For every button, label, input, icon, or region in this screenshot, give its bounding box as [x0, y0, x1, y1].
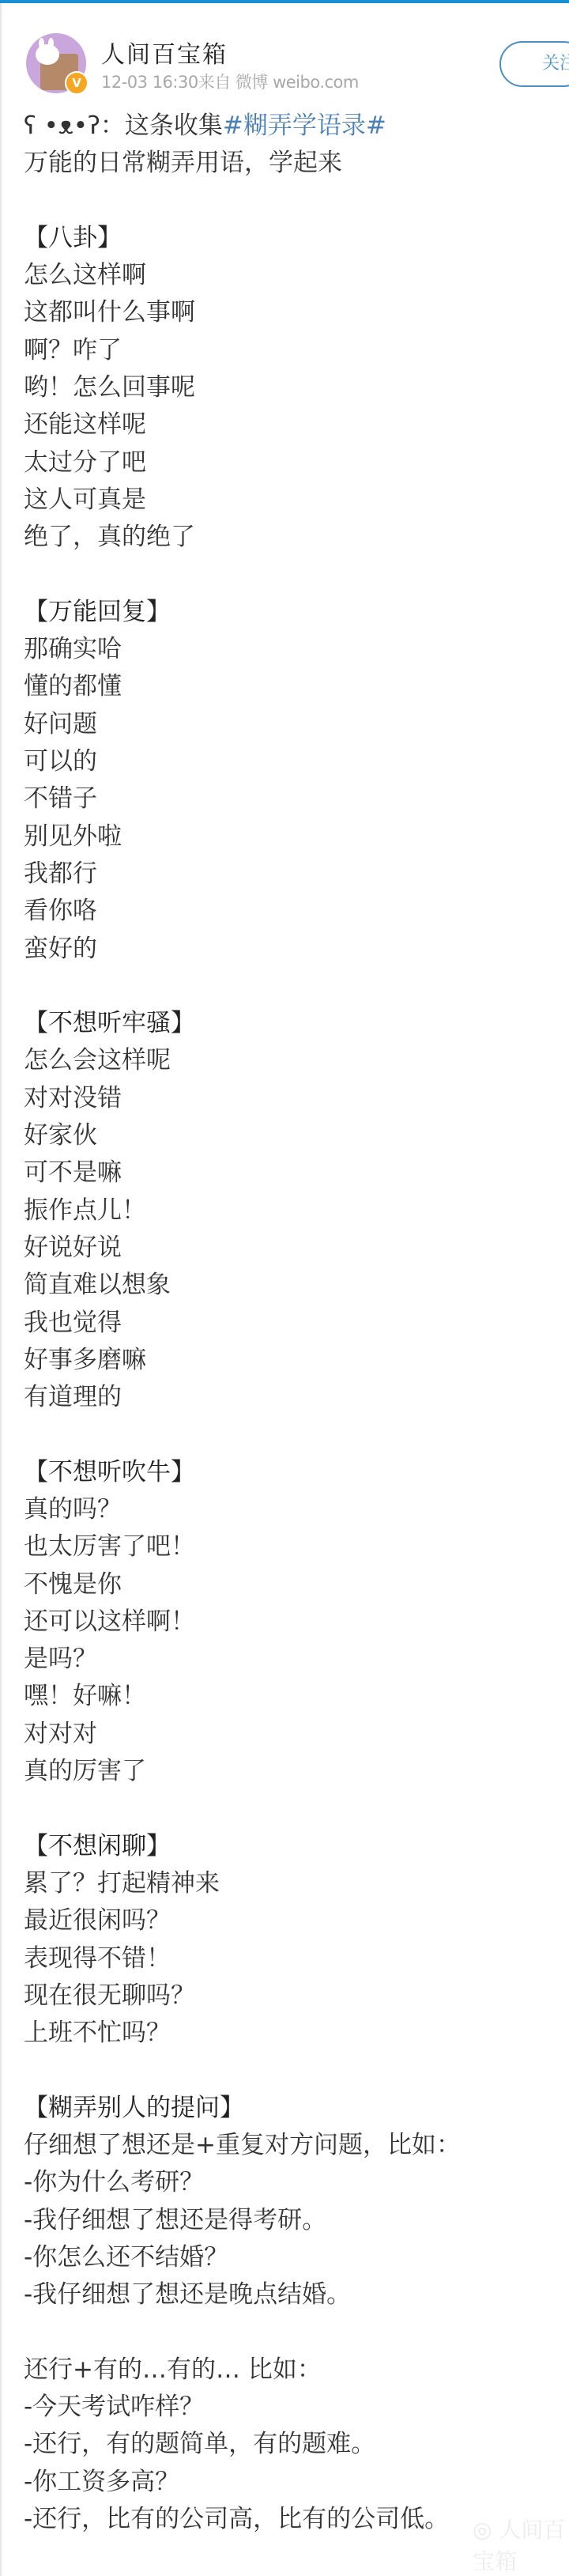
verified-badge-icon: V [65, 71, 89, 95]
section-title: 【不想闲聊】 [24, 1828, 561, 1865]
phrase: 蛮好的 [24, 931, 561, 968]
phrase: 绝了，真的绝了 [24, 519, 561, 556]
phrase: -今天考试咋样？ [24, 2389, 561, 2426]
section-no-small-talk: 【不想闲聊】 累了？打起精神来 最近很闲吗？ 表现得不错！ 现在很无聊吗？ 上班… [24, 1828, 561, 2053]
section-no-bragging: 【不想听吹牛】 真的吗？ 也太厉害了吧！ 不愧是你 还可以这样啊！ 是吗？ 嘿！… [24, 1454, 561, 1791]
phrase: 好问题 [24, 706, 561, 743]
left-border [0, 3, 2, 2576]
blank-line [24, 1790, 561, 1827]
post-meta: 12-03 16:30来自 微博 weibo.com [101, 70, 359, 93]
phrase: 仔细想了想还是+重复对方问题，比如： [24, 2127, 561, 2164]
section-title: 【糊弄别人的提问】 [24, 2090, 561, 2127]
phrase: 这都叫什么事啊 [24, 294, 561, 331]
blank-line [24, 1416, 561, 1453]
phrase: 还能这样呢 [24, 406, 561, 444]
phrase: -我仔细想了想还是晚点结婚。 [24, 2276, 561, 2313]
blank-line [24, 183, 561, 220]
avatar-bunny-illustration [36, 44, 59, 65]
blank-line [24, 2052, 561, 2089]
hashtag-link[interactable]: #糊弄学语录# [223, 111, 386, 140]
phrase: 表现得不错！ [24, 1940, 561, 1977]
post-header: V 人间百宝箱 12-03 16:30来自 微博 weibo.com 关注 [0, 3, 569, 98]
watermark: ◎ 人间百宝箱 [473, 2513, 569, 2576]
section-title: 【八卦】 [24, 220, 561, 257]
phrase: -我仔细想了想还是得考研。 [24, 2202, 561, 2239]
phrase: 好说好说 [24, 1229, 561, 1267]
section-title: 【不想听牢骚】 [24, 1005, 561, 1042]
phrase: 好家伙 [24, 1117, 561, 1154]
phrase: 最近很闲吗？ [24, 1902, 561, 1940]
phrase: 懂的都懂 [24, 668, 561, 705]
phrase: -你怎么还不结婚？ [24, 2239, 561, 2276]
phrase: 真的厉害了 [24, 1753, 561, 1790]
phrase: 太过分了吧 [24, 444, 561, 482]
section-gossip: 【八卦】 怎么这样啊 这都叫什么事啊 啊？咋了 哟！怎么回事呢 还能这样呢 太过… [24, 220, 561, 557]
phrase: 现在很无聊吗？ [24, 1977, 561, 2015]
phrase: 别见外啦 [24, 818, 561, 856]
blank-line [24, 2314, 561, 2351]
phrase: 是吗？ [24, 1641, 561, 1678]
phrase: 怎么这样啊 [24, 257, 561, 294]
phrase: -还行，有的题简单，有的题难。 [24, 2426, 561, 2463]
phrase: 不错子 [24, 780, 561, 818]
follow-button[interactable]: 关注 [499, 41, 569, 87]
phrase: 振作点儿！ [24, 1192, 561, 1229]
phrase: -你为什么考研？ [24, 2164, 561, 2201]
phrase: 看你咯 [24, 893, 561, 930]
post-intro: ʕ •ᴥ•ʔ：这条收集#糊弄学语录# [24, 108, 561, 145]
section-title: 【万能回复】 [24, 594, 561, 631]
phrase: 也太厉害了吧！ [24, 1528, 561, 1566]
post-source: 来自 微博 weibo.com [198, 73, 359, 92]
phrase: 啊？咋了 [24, 332, 561, 369]
blank-line [24, 968, 561, 1005]
username[interactable]: 人间百宝箱 [101, 35, 228, 70]
phrase: 我都行 [24, 856, 561, 893]
phrase: 不愧是你 [24, 1566, 561, 1603]
phrase: 可不是嘛 [24, 1154, 561, 1192]
phrase: 对对没错 [24, 1080, 561, 1117]
phrase: 可以的 [24, 743, 561, 780]
phrase: 哟！怎么回事呢 [24, 369, 561, 406]
timestamp: 12-03 16:30 [101, 73, 198, 92]
phrase: -你工资多高？ [24, 2464, 561, 2501]
phrase: 这人可真是 [24, 482, 561, 519]
section-dodge-questions: 【糊弄别人的提问】 仔细想了想还是+重复对方问题，比如： -你为什么考研？ -我… [24, 2090, 561, 2314]
intro-text: ʕ •ᴥ•ʔ：这条收集 [24, 111, 223, 140]
phrase: 还行+有的…有的… 比如： [24, 2351, 561, 2389]
post-subtitle: 万能的日常糊弄用语，学起来 [24, 145, 561, 182]
section-title: 【不想听吹牛】 [24, 1454, 561, 1491]
phrase: 嘿！好嘛！ [24, 1678, 561, 1715]
blank-line [24, 557, 561, 594]
phrase: 那确实哈 [24, 631, 561, 668]
phrase: 好事多磨嘛 [24, 1342, 561, 1379]
section-it-is-okay: 还行+有的…有的… 比如： -今天考试咋样？ -还行，有的题简单，有的题难。 -… [24, 2351, 561, 2538]
phrase: 真的吗？ [24, 1491, 561, 1528]
phrase: 还可以这样啊！ [24, 1603, 561, 1641]
phrase: 对对对 [24, 1716, 561, 1753]
post-body: ʕ •ᴥ•ʔ：这条收集#糊弄学语录# 万能的日常糊弄用语，学起来 【八卦】 怎么… [24, 108, 561, 2538]
phrase: 简直难以想象 [24, 1267, 561, 1304]
phrase: 上班不忙吗？ [24, 2015, 561, 2052]
section-no-complaints: 【不想听牢骚】 怎么会这样呢 对对没错 好家伙 可不是嘛 振作点儿！ 好说好说 … [24, 1005, 561, 1416]
phrase: 累了？打起精神来 [24, 1865, 561, 1902]
phrase: 有道理的 [24, 1379, 561, 1416]
phrase: 我也觉得 [24, 1305, 561, 1342]
phrase: 怎么会这样呢 [24, 1042, 561, 1079]
section-universal-replies: 【万能回复】 那确实哈 懂的都懂 好问题 可以的 不错子 别见外啦 我都行 看你… [24, 594, 561, 968]
